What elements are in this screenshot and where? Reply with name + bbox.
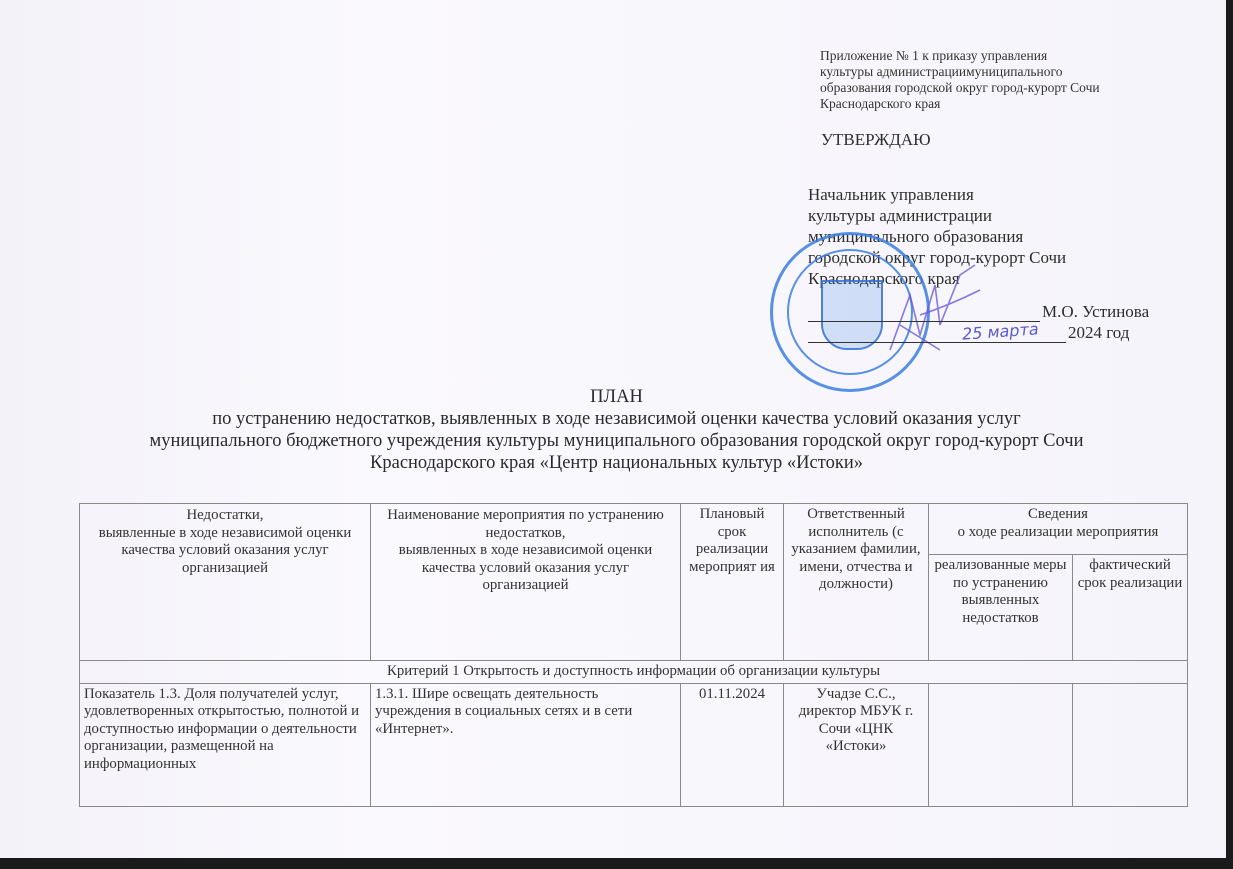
cell-actual-deadline — [1073, 683, 1188, 806]
document-title: ПЛАН по устранению недостатков, выявленн… — [0, 386, 1233, 474]
header-implemented-measures: реализованные меры по устранению выявлен… — [929, 555, 1073, 661]
cell-deadline: 01.11.2024 — [681, 683, 784, 806]
title-line: муниципального бюджетного учреждения кул… — [0, 430, 1233, 452]
table-row: Показатель 1.3. Доля получателей услуг, … — [80, 683, 1188, 806]
approver-line: культуры администрации — [808, 205, 1188, 226]
approval-year: 2024 год — [1068, 323, 1129, 343]
header-shortcomings: Недостатки, выявленные в ходе независимо… — [80, 504, 371, 661]
title-heading: ПЛАН — [0, 386, 1233, 408]
signatory-name: М.О. Устинова — [1042, 302, 1149, 322]
appendix-line: культуры администрациимуниципального — [820, 64, 1180, 80]
cell-implemented — [929, 683, 1073, 806]
header-responsible: Ответственный исполнитель (с указанием ф… — [784, 504, 929, 661]
title-line: Краснодарского края «Центр национальных … — [0, 452, 1233, 474]
table-header-row: Недостатки, выявленные в ходе независимо… — [80, 504, 1188, 555]
cell-shortcoming: Показатель 1.3. Доля получателей услуг, … — [80, 683, 371, 806]
appendix-line: Приложение № 1 к приказу управления — [820, 48, 1180, 64]
title-line: по устранению недостатков, выявленных в … — [0, 408, 1233, 430]
approval-label: УТВЕРЖДАЮ — [821, 130, 931, 150]
appendix-line: образования городской округ город-курорт… — [820, 80, 1180, 96]
appendix-line: Краснодарского края — [820, 96, 1180, 112]
document-page: Приложение № 1 к приказу управления куль… — [0, 0, 1226, 858]
date-underline — [808, 341, 1066, 343]
header-planned-deadline: Плановый срок реализации мероприят ия — [681, 504, 784, 661]
cell-responsible: Учадзе С.С., директор МБУК г. Сочи «ЦНК … — [784, 683, 929, 806]
criterion-row: Критерий 1 Открытость и доступность инфо… — [80, 661, 1188, 684]
header-measure: Наименование мероприятия по устранению н… — [371, 504, 681, 661]
cell-measure: 1.3.1. Шире освещать деятельность учрежд… — [371, 683, 681, 806]
header-actual-deadline: фактический срок реализации — [1073, 555, 1188, 661]
signature-line: М.О. Устинова — [808, 302, 1168, 322]
header-implementation-info: Сведения о ходе реализации мероприятия — [929, 504, 1188, 555]
criterion-title: Критерий 1 Открытость и доступность инфо… — [80, 661, 1188, 684]
appendix-note: Приложение № 1 к приказу управления куль… — [820, 48, 1180, 112]
approver-line: Начальник управления — [808, 184, 1188, 205]
plan-table: Недостатки, выявленные в ходе независимо… — [79, 503, 1188, 807]
